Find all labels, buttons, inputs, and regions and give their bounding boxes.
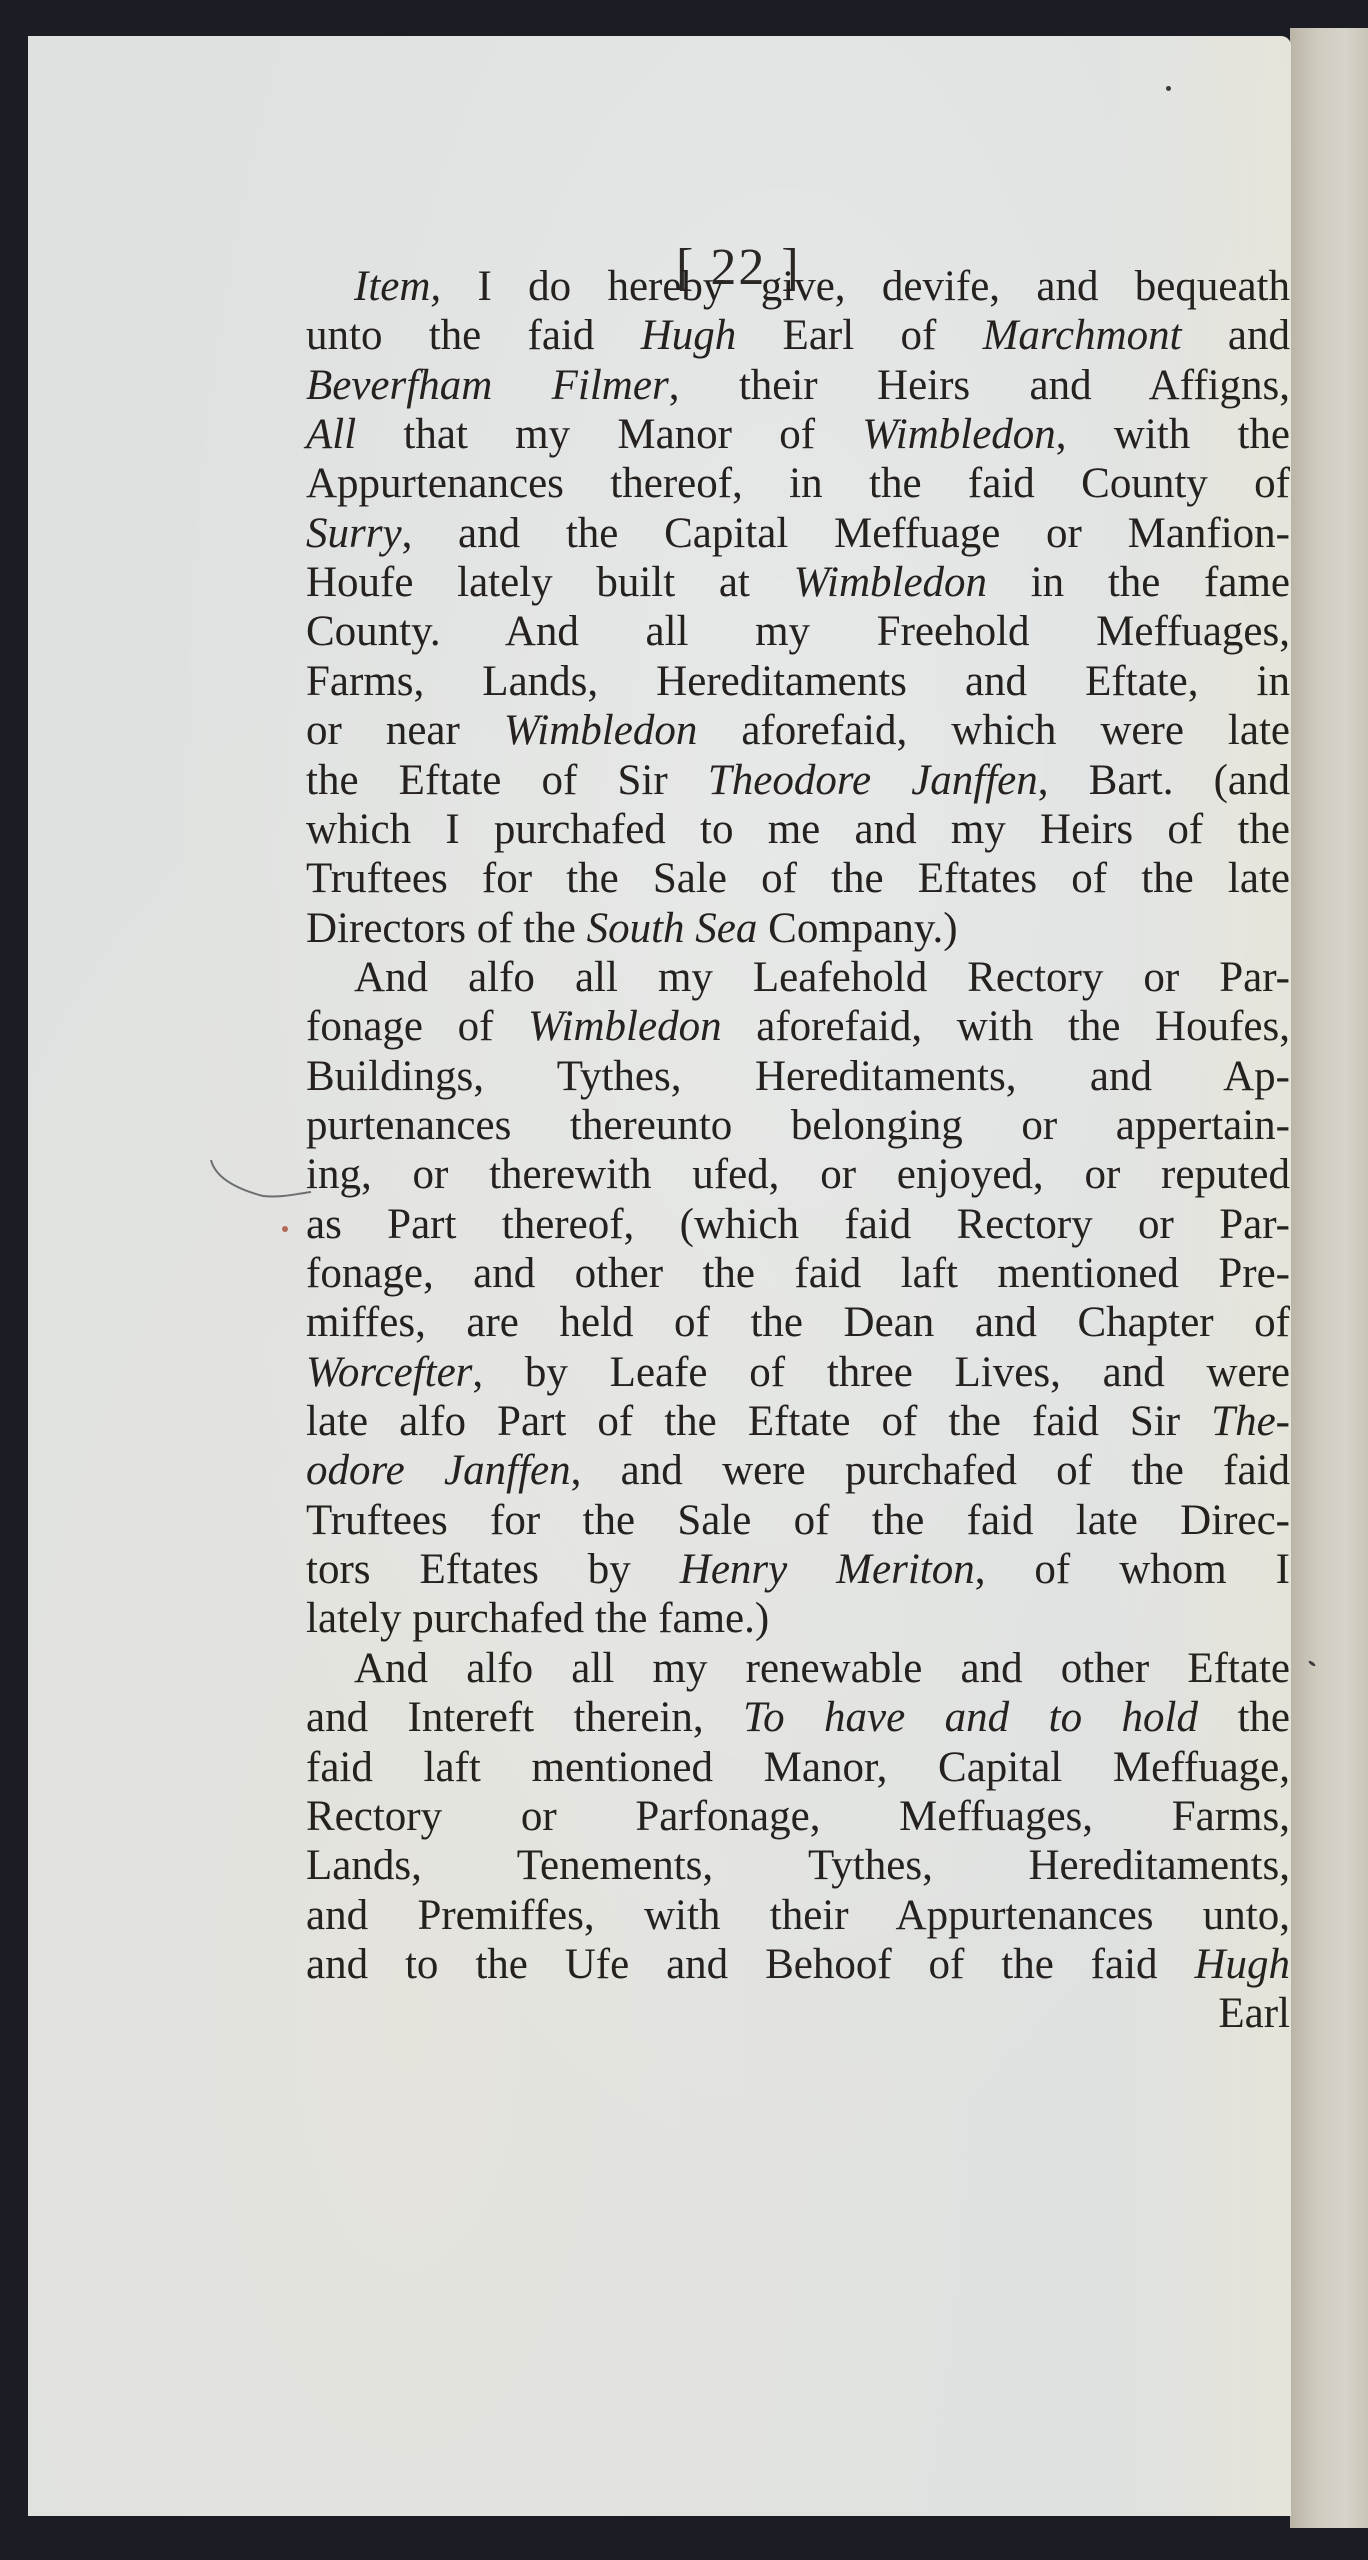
roman-text: and to the Ufe and Behoof of the faid — [306, 1941, 1194, 1988]
paper-speck — [1166, 86, 1171, 91]
roman-text: I do hereby give, devife, and bequeath — [441, 263, 1290, 310]
text-line: Truftees for the Sale of the faid late D… — [306, 1496, 1290, 1546]
italic-text: Worcefter — [306, 1349, 472, 1396]
roman-text: , Bart. (and — [1038, 757, 1290, 804]
text-line: Appurtenances thereof, in the faid Count… — [306, 459, 1290, 509]
text-line: faid laft mentioned Manor, Capital Meffu… — [306, 1743, 1290, 1793]
roman-text: the — [1198, 1694, 1290, 1741]
italic-text: All — [306, 411, 356, 458]
italic-text: To have and to hold — [743, 1694, 1198, 1741]
italic-text: Beverfham Filmer — [306, 362, 669, 409]
italic-text: South Sea — [587, 905, 758, 952]
roman-text: , with the — [1056, 411, 1290, 458]
italic-text: Wimbledon — [504, 707, 697, 754]
roman-text: which I purchafed to me and my Heirs of … — [306, 806, 1290, 853]
paper-page: [ 22 ] Item, I do hereby give, devife, a… — [28, 36, 1291, 2516]
roman-text: Farms, Lands, Hereditaments and Eftate, … — [306, 658, 1290, 705]
text-line: or near Wimbledon aforefaid, which were … — [306, 706, 1290, 756]
text-line: Buildings, Tythes, Hereditaments, and Ap… — [306, 1052, 1290, 1102]
text-line: Surry, and the Capital Meffuage or Manfi… — [306, 509, 1290, 559]
roman-text: And alfo all my Leafehold Rectory or Par… — [354, 954, 1290, 1001]
roman-text: as Part thereof, (which faid Rectory or … — [306, 1201, 1290, 1248]
italic-text: Wimbledon — [794, 559, 987, 606]
italic-text: Wimbledon — [862, 411, 1055, 458]
roman-text: lately purchafed the fame.) — [306, 1595, 769, 1642]
text-line: late alfo Part of the Eftate of the faid… — [306, 1397, 1290, 1447]
catchword: Earl — [306, 1989, 1290, 2039]
text-line: Lands, Tenements, Tythes, Hereditaments, — [306, 1841, 1290, 1891]
roman-text: Company.) — [757, 905, 957, 952]
roman-text: aforefaid, with the Houfes, — [722, 1003, 1290, 1050]
roman-text: and — [1182, 312, 1290, 359]
text-line: lately purchafed the fame.) — [306, 1594, 1290, 1644]
italic-text: Hugh — [641, 312, 737, 359]
roman-text: and Intereft therein, — [306, 1694, 743, 1741]
roman-text: tors Eftates by — [306, 1546, 680, 1593]
text-line: as Part thereof, (which faid Rectory or … — [306, 1200, 1290, 1250]
text-line: And alfo all my renewable and other Efta… — [306, 1644, 1290, 1694]
text-line: and to the Ufe and Behoof of the faid Hu… — [306, 1940, 1290, 1990]
roman-text: County. And all my Freehold Meffuages, — [306, 608, 1290, 655]
roman-text: faid laft mentioned Manor, Capital Meffu… — [306, 1744, 1290, 1791]
text-line: the Eftate of Sir Theodore Janffen, Bart… — [306, 756, 1290, 806]
text-line: Houfe lately built at Wimbledon in the f… — [306, 558, 1290, 608]
roman-text: Directors of the — [306, 905, 587, 952]
text-line: Rectory or Parfonage, Meffuages, Farms, — [306, 1792, 1290, 1842]
italic-text: Theodore Janffen — [708, 757, 1038, 804]
roman-text: purtenances thereunto belonging or apper… — [306, 1102, 1290, 1149]
roman-text: Houfe lately built at — [306, 559, 794, 606]
roman-text: , by Leafe of three Lives, and were — [472, 1349, 1290, 1396]
text-line: miffes, are held of the Dean and Chapter… — [306, 1298, 1290, 1348]
scanned-book-page: [ 22 ] Item, I do hereby give, devife, a… — [0, 0, 1368, 2560]
text-line: tors Eftates by Henry Meriton, of whom I — [306, 1545, 1290, 1595]
roman-text: , of whom I — [975, 1546, 1290, 1593]
roman-text: , and the Capital Meffuage or Manfion- — [402, 510, 1290, 557]
text-line: All that my Manor of Wimbledon, with the — [306, 410, 1290, 460]
italic-text: Henry Meriton — [680, 1546, 975, 1593]
text-line: unto the faid Hugh Earl of Marchmont and — [306, 311, 1290, 361]
roman-text: fonage, and other the faid laft mentione… — [306, 1250, 1290, 1297]
text-line: ing, or therewith ufed, or enjoyed, or r… — [306, 1150, 1290, 1200]
italic-text: Wimbledon — [528, 1003, 721, 1050]
roman-text: , and were purchafed of the faid — [571, 1447, 1290, 1494]
roman-text: Buildings, Tythes, Hereditaments, and Ap… — [306, 1053, 1290, 1100]
italic-text: Item, — [354, 263, 441, 310]
italic-text: Hugh — [1194, 1941, 1290, 1988]
roman-text: and Premiffes, with their Appurtenances … — [306, 1892, 1290, 1939]
roman-text: late alfo Part of the Eftate of the faid… — [306, 1398, 1211, 1445]
roman-text: fonage of — [306, 1003, 528, 1050]
text-line: purtenances thereunto belonging or apper… — [306, 1101, 1290, 1151]
roman-text: miffes, are held of the Dean and Chapter… — [306, 1299, 1290, 1346]
ink-fleck — [282, 1226, 288, 1232]
roman-text: Appurtenances thereof, in the faid Count… — [306, 460, 1290, 507]
text-line: and Intereft therein, To have and to hol… — [306, 1693, 1290, 1743]
text-line: Truftees for the Sale of the Eftates of … — [306, 854, 1290, 904]
roman-text: Truftees for the Sale of the faid late D… — [306, 1497, 1290, 1544]
roman-text: Rectory or Parfonage, Meffuages, Farms, — [306, 1793, 1290, 1840]
text-line: Item, I do hereby give, devife, and bequ… — [306, 262, 1290, 312]
text-line: fonage of Wimbledon aforefaid, with the … — [306, 1002, 1290, 1052]
text-line: Beverfham Filmer, their Heirs and Affign… — [306, 361, 1290, 411]
roman-text: And alfo all my renewable and other Efta… — [354, 1645, 1290, 1692]
roman-text: Lands, Tenements, Tythes, Hereditaments, — [306, 1842, 1290, 1889]
roman-text: unto the faid — [306, 312, 641, 359]
text-line: County. And all my Freehold Meffuages, — [306, 607, 1290, 657]
roman-text: , their Heirs and Affigns, — [669, 362, 1290, 409]
text-line: Worcefter, by Leafe of three Lives, and … — [306, 1348, 1290, 1398]
text-line: fonage, and other the faid laft mentione… — [306, 1249, 1290, 1299]
roman-text: in the fame — [987, 559, 1290, 606]
text-line: which I purchafed to me and my Heirs of … — [306, 805, 1290, 855]
italic-text: The- — [1211, 1398, 1290, 1445]
roman-text: ing, or therewith ufed, or enjoyed, or r… — [306, 1151, 1290, 1198]
italic-text: odore Janffen — [306, 1447, 571, 1494]
roman-text: Earl of — [736, 312, 982, 359]
roman-text: Truftees for the Sale of the Eftates of … — [306, 855, 1290, 902]
roman-text: aforefaid, which were late — [697, 707, 1290, 754]
roman-text: that my Manor of — [356, 411, 862, 458]
text-line: And alfo all my Leafehold Rectory or Par… — [306, 953, 1290, 1003]
italic-text: Surry — [306, 510, 402, 557]
text-line: and Premiffes, with their Appurtenances … — [306, 1891, 1290, 1941]
text-line: Farms, Lands, Hereditaments and Eftate, … — [306, 657, 1290, 707]
pencil-margin-mark — [203, 1154, 313, 1204]
italic-text: Marchmont — [983, 312, 1182, 359]
roman-text: the Eftate of Sir — [306, 757, 708, 804]
roman-text: or near — [306, 707, 504, 754]
text-line: Directors of the South Sea Company.) — [306, 904, 1290, 954]
adjacent-page-edge — [1290, 28, 1368, 2528]
text-line: odore Janffen, and were purchafed of the… — [306, 1446, 1290, 1496]
